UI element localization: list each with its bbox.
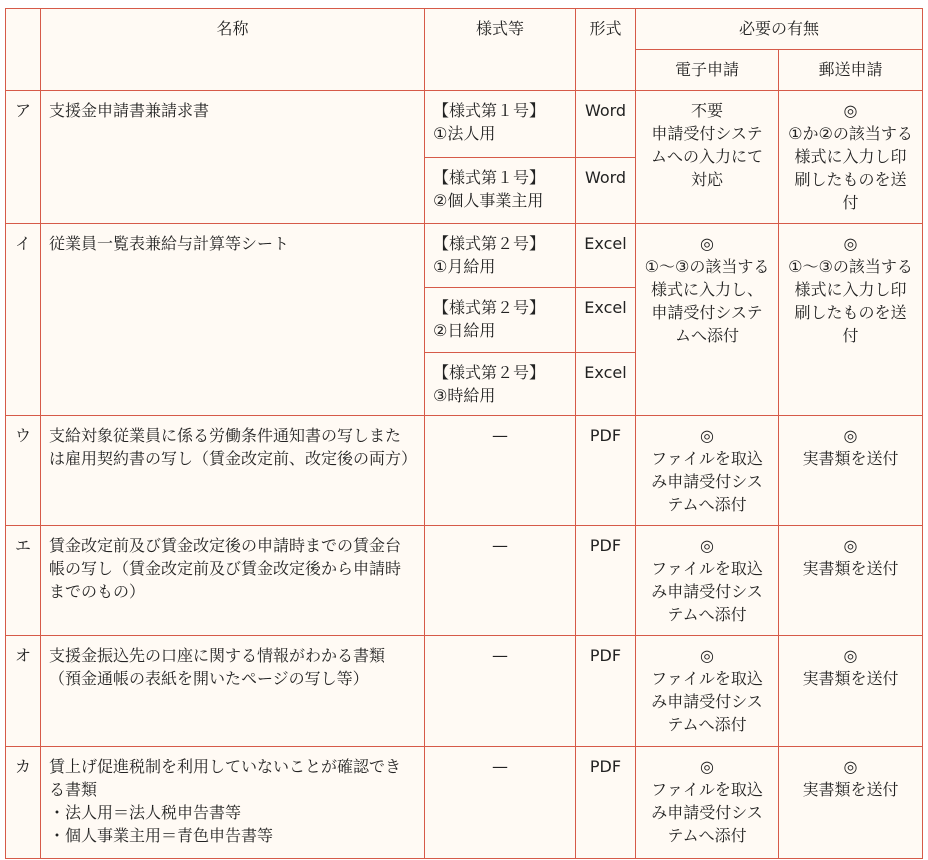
- form-subtitle: ②個人事業主用: [433, 189, 567, 212]
- format-cell: PDF: [576, 416, 636, 526]
- row-mark: イ: [6, 224, 41, 416]
- format-cell: Excel: [576, 353, 636, 416]
- postal-cell: ◎ 実書類を送付: [779, 636, 923, 747]
- postal-cell: ◎ ①～③の該当する様式に入力し印刷したものを送付: [779, 224, 923, 416]
- format-cell: PDF: [576, 526, 636, 636]
- required-documents-table: 名称 様式等 形式 必要の有無 電子申請 郵送申請 ア 支援金申請書兼請求書 【…: [5, 8, 923, 859]
- table-row-i: イ 従業員一覧表兼給与計算等シート 【様式第２号】 ①月給用 Excel ◎ ①…: [6, 224, 923, 288]
- form-cell: —: [425, 526, 576, 636]
- format-cell: Excel: [576, 224, 636, 288]
- form-cell: —: [425, 416, 576, 526]
- table-row-a: ア 支援金申請書兼請求書 【様式第１号】 ①法人用 Word 不要 申請受付シス…: [6, 91, 923, 158]
- form-subtitle: ③時給用: [433, 384, 567, 407]
- postal-cell: ◎ 実書類を送付: [779, 526, 923, 636]
- header-mark: [6, 9, 41, 91]
- form-title: 【様式第１号】: [433, 166, 567, 189]
- row-mark: エ: [6, 526, 41, 636]
- format-cell: Word: [576, 91, 636, 158]
- postal-cell: ◎ ①か②の該当する様式に入力し印刷したものを送付: [779, 91, 923, 224]
- form-subtitle: ①法人用: [433, 122, 567, 145]
- form-cell: 【様式第２号】 ①月給用: [425, 224, 576, 288]
- postal-cell: ◎ 実書類を送付: [779, 416, 923, 526]
- format-cell: Excel: [576, 288, 636, 353]
- document-name: 賃上げ促進税制を利用していないことが確認できる書類 ・法人用＝法人税申告書等 ・…: [41, 747, 425, 859]
- format-cell: Word: [576, 158, 636, 224]
- table-row-e: エ 賃金改定前及び賃金改定後の申請時までの賃金台帳の写し（賃金改定前及び賃金改定…: [6, 526, 923, 636]
- header-electronic: 電子申請: [636, 50, 779, 91]
- document-name: 支援金申請書兼請求書: [41, 91, 425, 224]
- form-subtitle: ①月給用: [433, 255, 567, 278]
- format-cell: PDF: [576, 747, 636, 859]
- form-cell: 【様式第２号】 ②日給用: [425, 288, 576, 353]
- electronic-cell: ◎ ファイルを取込み申請受付システムへ添付: [636, 636, 779, 747]
- document-name: 支給対象従業員に係る労働条件通知書の写しまたは雇用契約書の写し（賃金改定前、改定…: [41, 416, 425, 526]
- row-mark: オ: [6, 636, 41, 747]
- electronic-cell: 不要 申請受付システムへの入力にて対応: [636, 91, 779, 224]
- row-mark: ア: [6, 91, 41, 224]
- form-cell: 【様式第１号】 ①法人用: [425, 91, 576, 158]
- form-cell: 【様式第１号】 ②個人事業主用: [425, 158, 576, 224]
- row-mark: カ: [6, 747, 41, 859]
- form-subtitle: ②日給用: [433, 319, 567, 342]
- form-cell: —: [425, 636, 576, 747]
- format-cell: PDF: [576, 636, 636, 747]
- form-title: 【様式第２号】: [433, 232, 567, 255]
- form-title: 【様式第２号】: [433, 361, 567, 384]
- form-cell: —: [425, 747, 576, 859]
- electronic-cell: ◎ ①～③の該当する様式に入力し、申請受付システムへ添付: [636, 224, 779, 416]
- electronic-cell: ◎ ファイルを取込み申請受付システムへ添付: [636, 526, 779, 636]
- form-cell: 【様式第２号】 ③時給用: [425, 353, 576, 416]
- header-form: 様式等: [425, 9, 576, 91]
- form-title: 【様式第２号】: [433, 296, 567, 319]
- postal-cell: ◎ 実書類を送付: [779, 747, 923, 859]
- header-postal: 郵送申請: [779, 50, 923, 91]
- table-row-ka: カ 賃上げ促進税制を利用していないことが確認できる書類 ・法人用＝法人税申告書等…: [6, 747, 923, 859]
- row-mark: ウ: [6, 416, 41, 526]
- header-necessity: 必要の有無: [636, 9, 923, 50]
- electronic-cell: ◎ ファイルを取込み申請受付システムへ添付: [636, 747, 779, 859]
- header-format: 形式: [576, 9, 636, 91]
- table-row-u: ウ 支給対象従業員に係る労働条件通知書の写しまたは雇用契約書の写し（賃金改定前、…: [6, 416, 923, 526]
- document-name: 支援金振込先の口座に関する情報がわかる書類（預金通帳の表紙を開いたページの写し等…: [41, 636, 425, 747]
- header-name: 名称: [41, 9, 425, 91]
- table-row-o: オ 支援金振込先の口座に関する情報がわかる書類（預金通帳の表紙を開いたページの写…: [6, 636, 923, 747]
- document-name: 賃金改定前及び賃金改定後の申請時までの賃金台帳の写し（賃金改定前及び賃金改定後か…: [41, 526, 425, 636]
- document-name: 従業員一覧表兼給与計算等シート: [41, 224, 425, 416]
- electronic-cell: ◎ ファイルを取込み申請受付システムへ添付: [636, 416, 779, 526]
- form-title: 【様式第１号】: [433, 99, 567, 122]
